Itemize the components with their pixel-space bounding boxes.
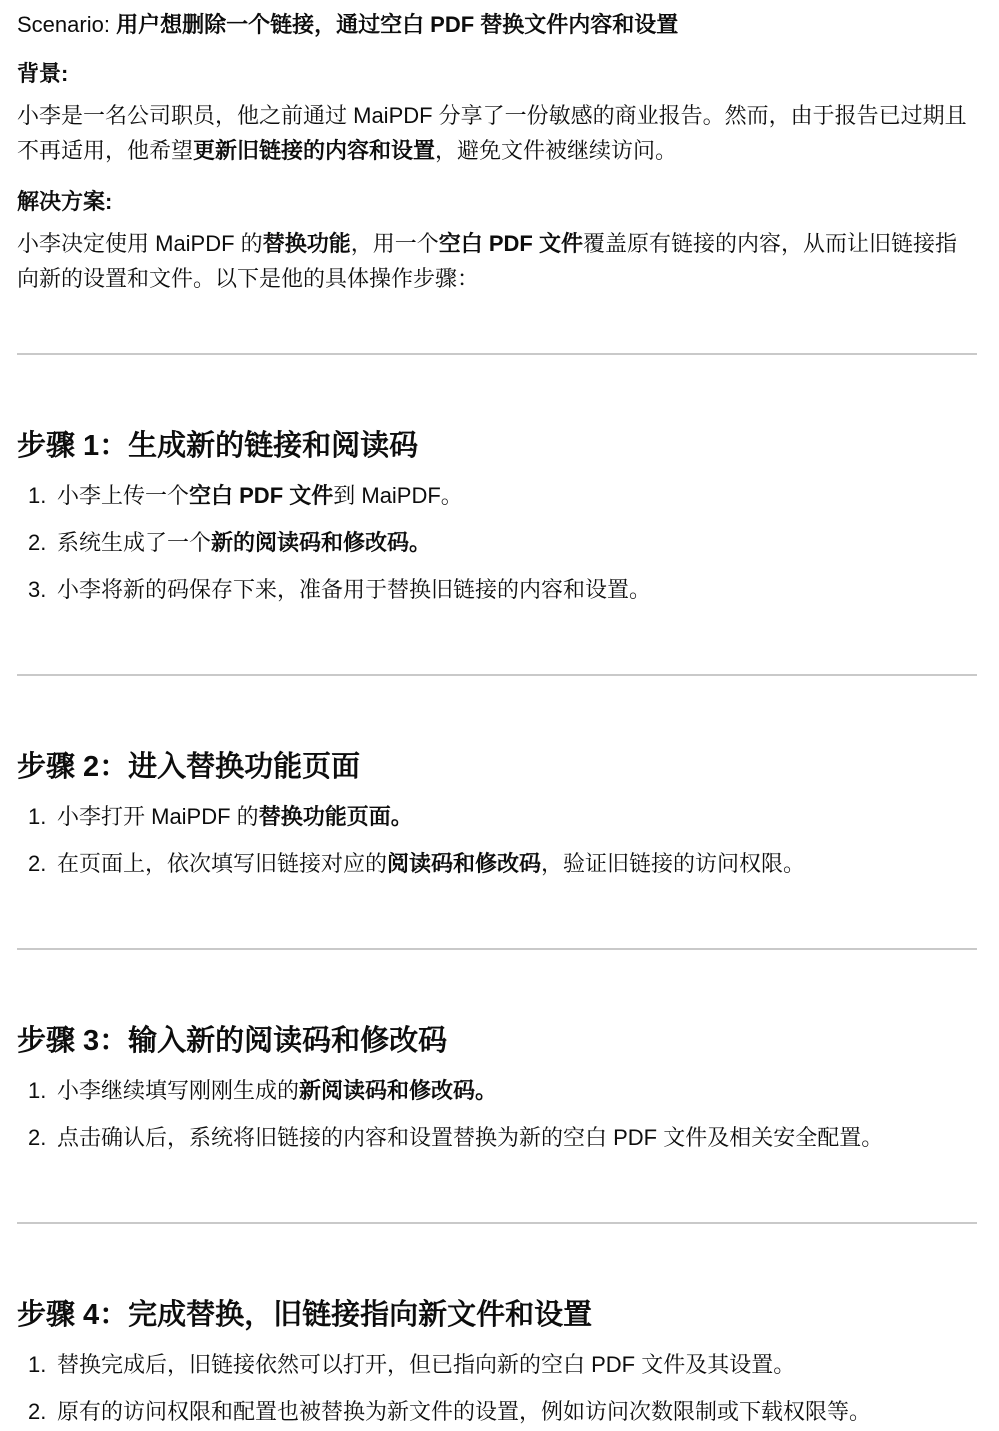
section-divider	[17, 1222, 977, 1224]
step-3-list: 1. 小李继续填写刚刚生成的新阅读码和修改码。 2. 点击确认后，系统将旧链接的…	[17, 1073, 977, 1155]
list-item-text: 点击确认后，系统将旧链接的内容和设置替换为新的空白 PDF 文件及相关安全配置。	[57, 1125, 883, 1150]
list-item: 3. 小李将新的码保存下来，准备用于替换旧链接的内容和设置。	[17, 572, 977, 607]
list-item-text: 小李继续填写刚刚生成的新阅读码和修改码。	[57, 1078, 497, 1103]
scenario-title: Scenario: 用户想删除一个链接，通过空白 PDF 替换文件内容和设置	[17, 10, 977, 40]
list-item-number: 1.	[28, 799, 46, 834]
list-item-number: 3.	[28, 572, 46, 607]
list-item: 2. 系统生成了一个新的阅读码和修改码。	[17, 525, 977, 560]
list-item-number: 2.	[28, 1394, 46, 1429]
list-item-text: 小李将新的码保存下来，准备用于替换旧链接的内容和设置。	[57, 577, 651, 602]
solution-heading: 解决方案:	[17, 188, 977, 216]
list-item-number: 2.	[28, 846, 46, 881]
background-heading: 背景:	[17, 60, 977, 88]
step-4-heading: 步骤 4：完成替换，旧链接指向新文件和设置	[17, 1295, 977, 1335]
list-item-number: 1.	[28, 478, 46, 513]
list-item: 1. 小李打开 MaiPDF 的替换功能页面。	[17, 799, 977, 834]
list-item-number: 1.	[28, 1073, 46, 1108]
list-item-number: 2.	[28, 1120, 46, 1155]
list-item: 2. 原有的访问权限和配置也被替换为新文件的设置，例如访问次数限制或下载权限等。	[17, 1394, 977, 1429]
solution-paragraph: 小李决定使用 MaiPDF 的替换功能，用一个空白 PDF 文件覆盖原有链接的内…	[17, 226, 977, 296]
list-item-text: 小李上传一个空白 PDF 文件到 MaiPDF。	[57, 483, 463, 508]
step-3-heading: 步骤 3：输入新的阅读码和修改码	[17, 1021, 977, 1061]
list-item: 1. 小李上传一个空白 PDF 文件到 MaiPDF。	[17, 478, 977, 513]
step-1-list: 1. 小李上传一个空白 PDF 文件到 MaiPDF。 2. 系统生成了一个新的…	[17, 478, 977, 607]
step-4-list: 1. 替换完成后，旧链接依然可以打开，但已指向新的空白 PDF 文件及其设置。 …	[17, 1347, 977, 1429]
list-item-text: 原有的访问权限和配置也被替换为新文件的设置，例如访问次数限制或下载权限等。	[57, 1399, 871, 1424]
section-divider	[17, 948, 977, 950]
list-item: 2. 在页面上，依次填写旧链接对应的阅读码和修改码，验证旧链接的访问权限。	[17, 846, 977, 881]
section-divider	[17, 674, 977, 676]
step-1-heading: 步骤 1：生成新的链接和阅读码	[17, 426, 977, 466]
list-item-text: 小李打开 MaiPDF 的替换功能页面。	[57, 804, 413, 829]
section-divider	[17, 353, 977, 355]
list-item-number: 2.	[28, 525, 46, 560]
list-item-text: 替换完成后，旧链接依然可以打开，但已指向新的空白 PDF 文件及其设置。	[57, 1352, 795, 1377]
background-paragraph: 小李是一名公司职员，他之前通过 MaiPDF 分享了一份敏感的商业报告。然而，由…	[17, 98, 977, 168]
list-item: 2. 点击确认后，系统将旧链接的内容和设置替换为新的空白 PDF 文件及相关安全…	[17, 1120, 977, 1155]
list-item: 1. 替换完成后，旧链接依然可以打开，但已指向新的空白 PDF 文件及其设置。	[17, 1347, 977, 1382]
list-item-number: 1.	[28, 1347, 46, 1382]
step-2-heading: 步骤 2：进入替换功能页面	[17, 747, 977, 787]
list-item-text: 系统生成了一个新的阅读码和修改码。	[57, 530, 431, 555]
document-body: Scenario: 用户想删除一个链接，通过空白 PDF 替换文件内容和设置 背…	[0, 0, 999, 1429]
list-item: 1. 小李继续填写刚刚生成的新阅读码和修改码。	[17, 1073, 977, 1108]
list-item-text: 在页面上，依次填写旧链接对应的阅读码和修改码，验证旧链接的访问权限。	[57, 851, 805, 876]
step-2-list: 1. 小李打开 MaiPDF 的替换功能页面。 2. 在页面上，依次填写旧链接对…	[17, 799, 977, 881]
